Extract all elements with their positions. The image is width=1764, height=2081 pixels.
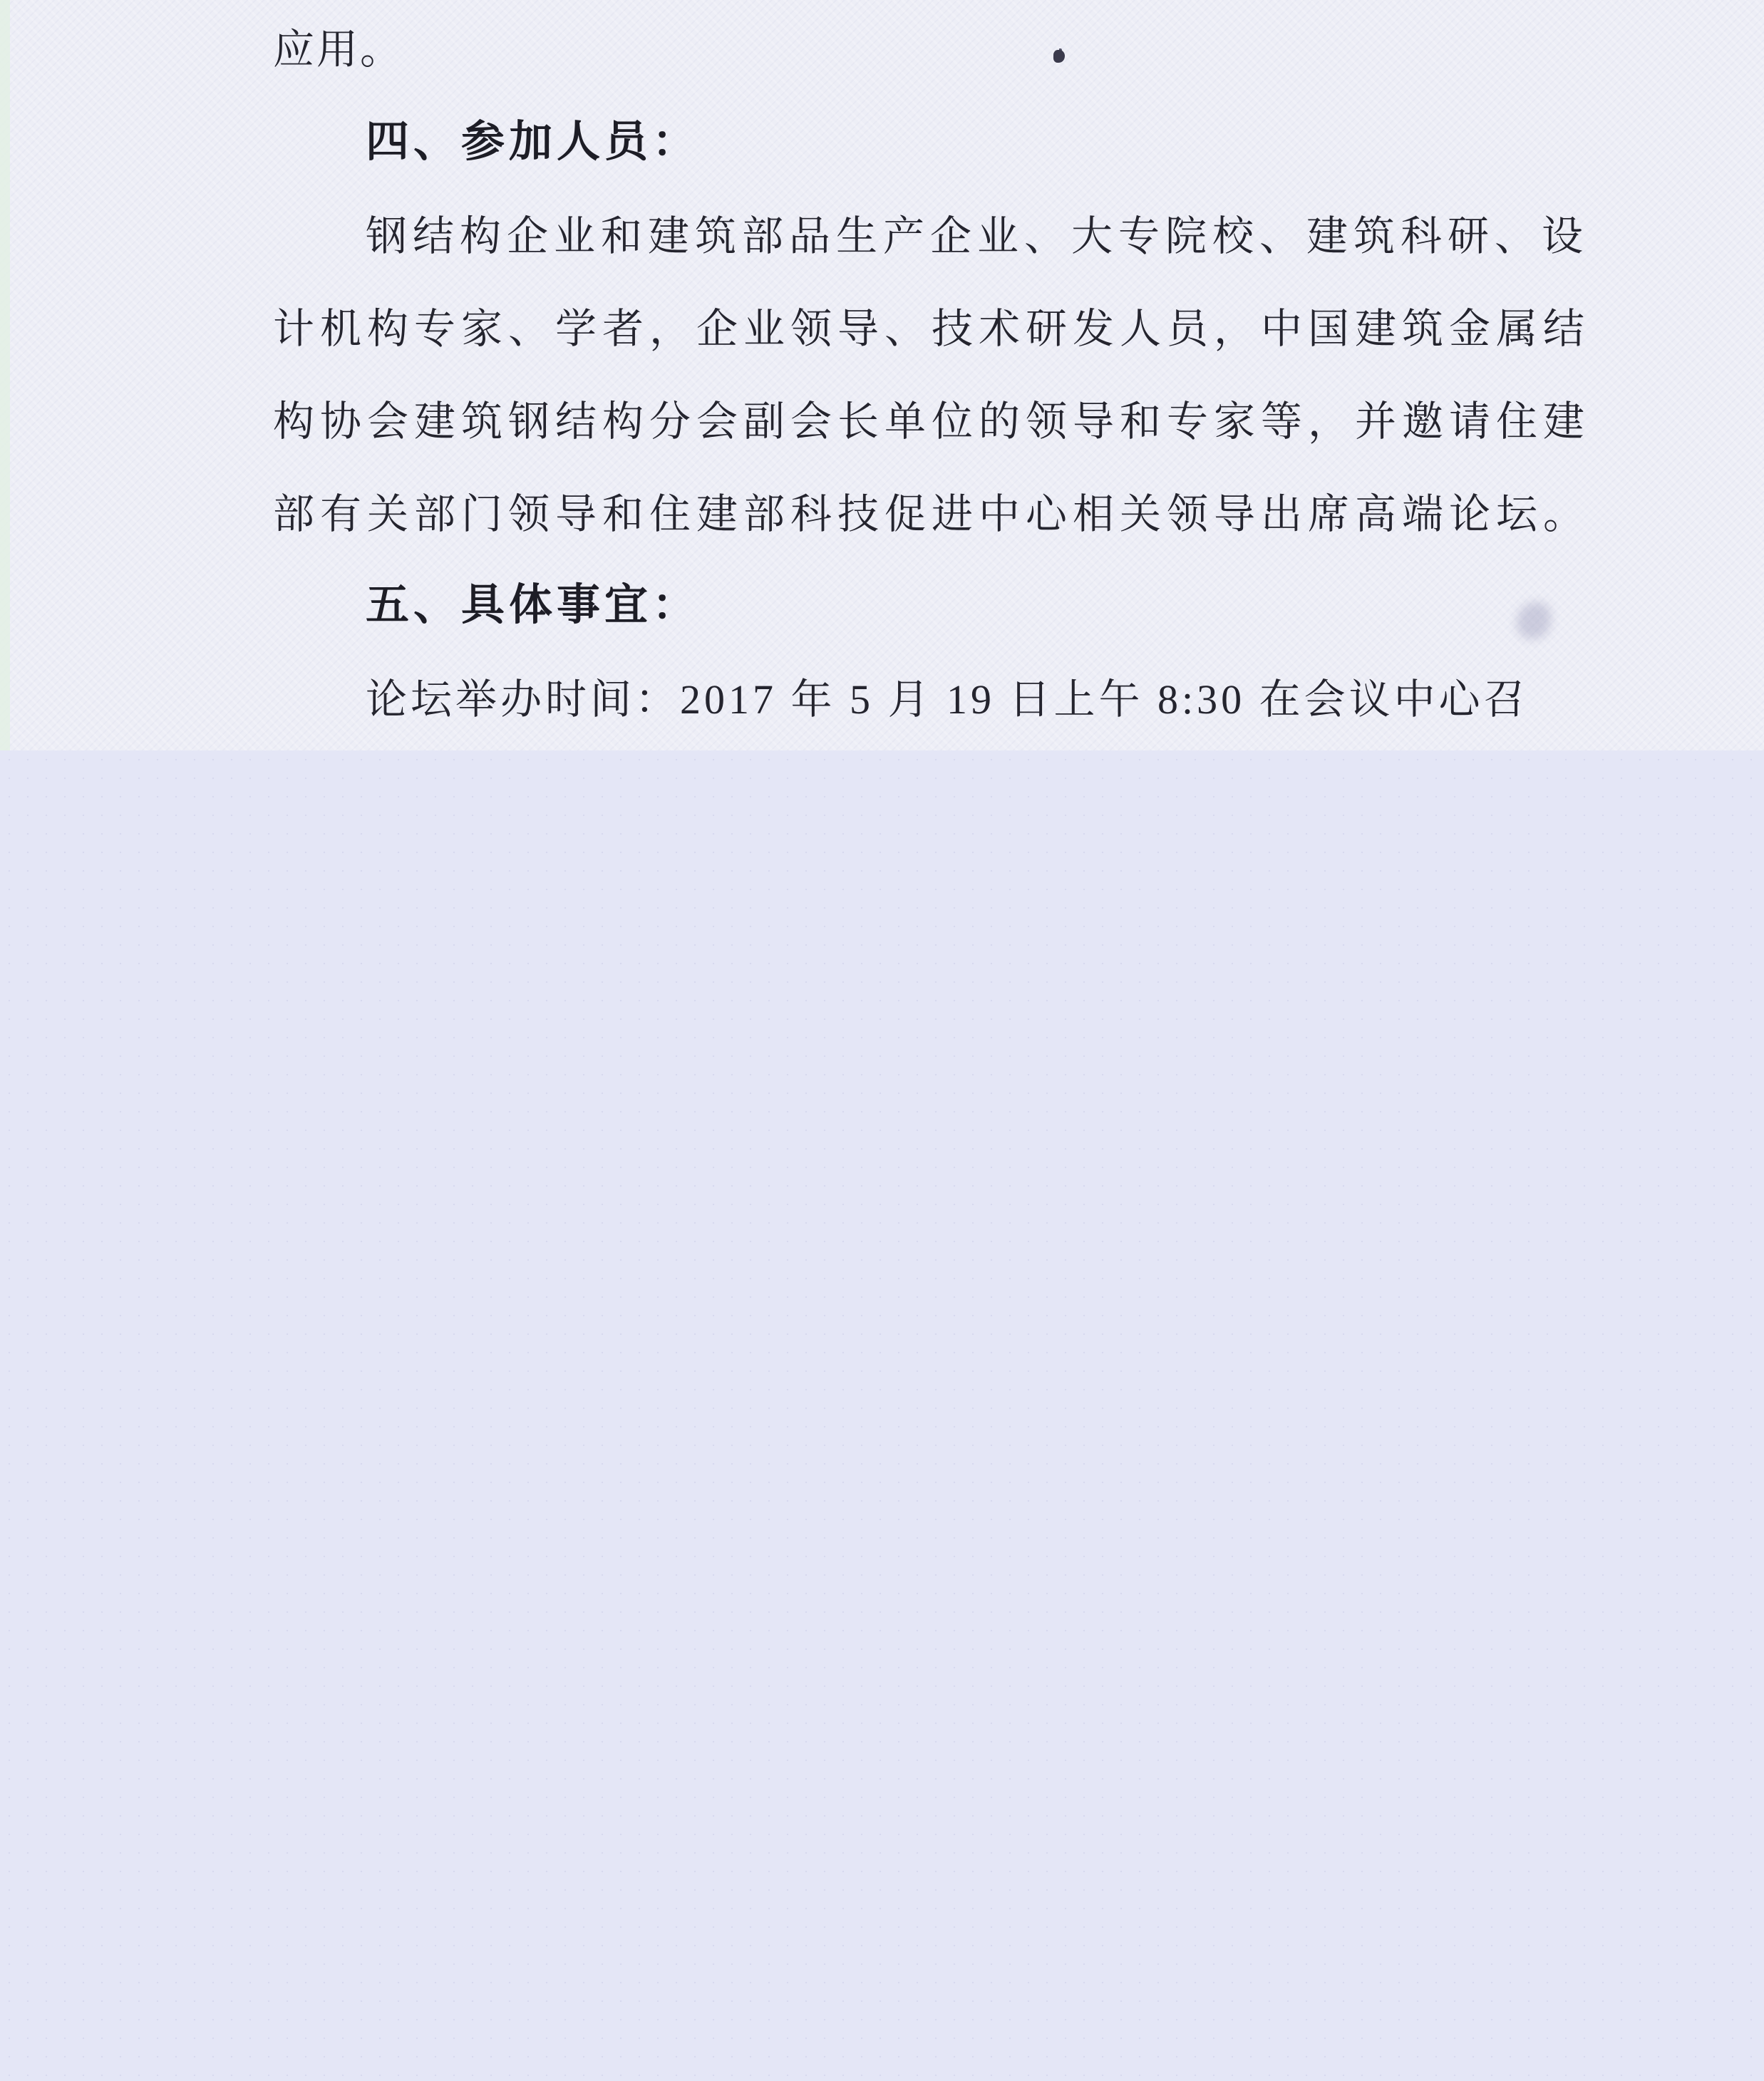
scanner-edge-strip [0, 0, 10, 750]
participants-paragraph-line-2: 计机构专家、学者，企业领导、技术研发人员，中国建筑金属结 [273, 295, 1590, 355]
paper-upper-region [0, 0, 1764, 750]
participants-paragraph-line-4: 部有关部门领导和住建部科技促进中心相关领导出席高端论坛。 [273, 480, 1590, 540]
participants-paragraph-line-1: 钢结构企业和建筑部品生产企业、大专院校、建筑科研、设 [366, 202, 1589, 262]
participants-paragraph-line-3: 构协会建筑钢结构分会副会长单位的领导和专家等，并邀请住建 [273, 388, 1590, 448]
section-heading-four-participants: 四、参加人员： [366, 107, 700, 169]
paragraph-end-line: 应用。 [273, 16, 403, 76]
section-heading-five-details: 五、具体事宜： [366, 570, 700, 632]
paper-lower-blank-region [0, 750, 1764, 2081]
forum-time-line: 论坛举办时间：2017 年 5 月 19 日上午 8:30 在会议中心召 [366, 666, 1529, 725]
scanned-document-page: 应用。 四、参加人员： 钢结构企业和建筑部品生产企业、大专院校、建筑科研、设 计… [0, 0, 1764, 2081]
